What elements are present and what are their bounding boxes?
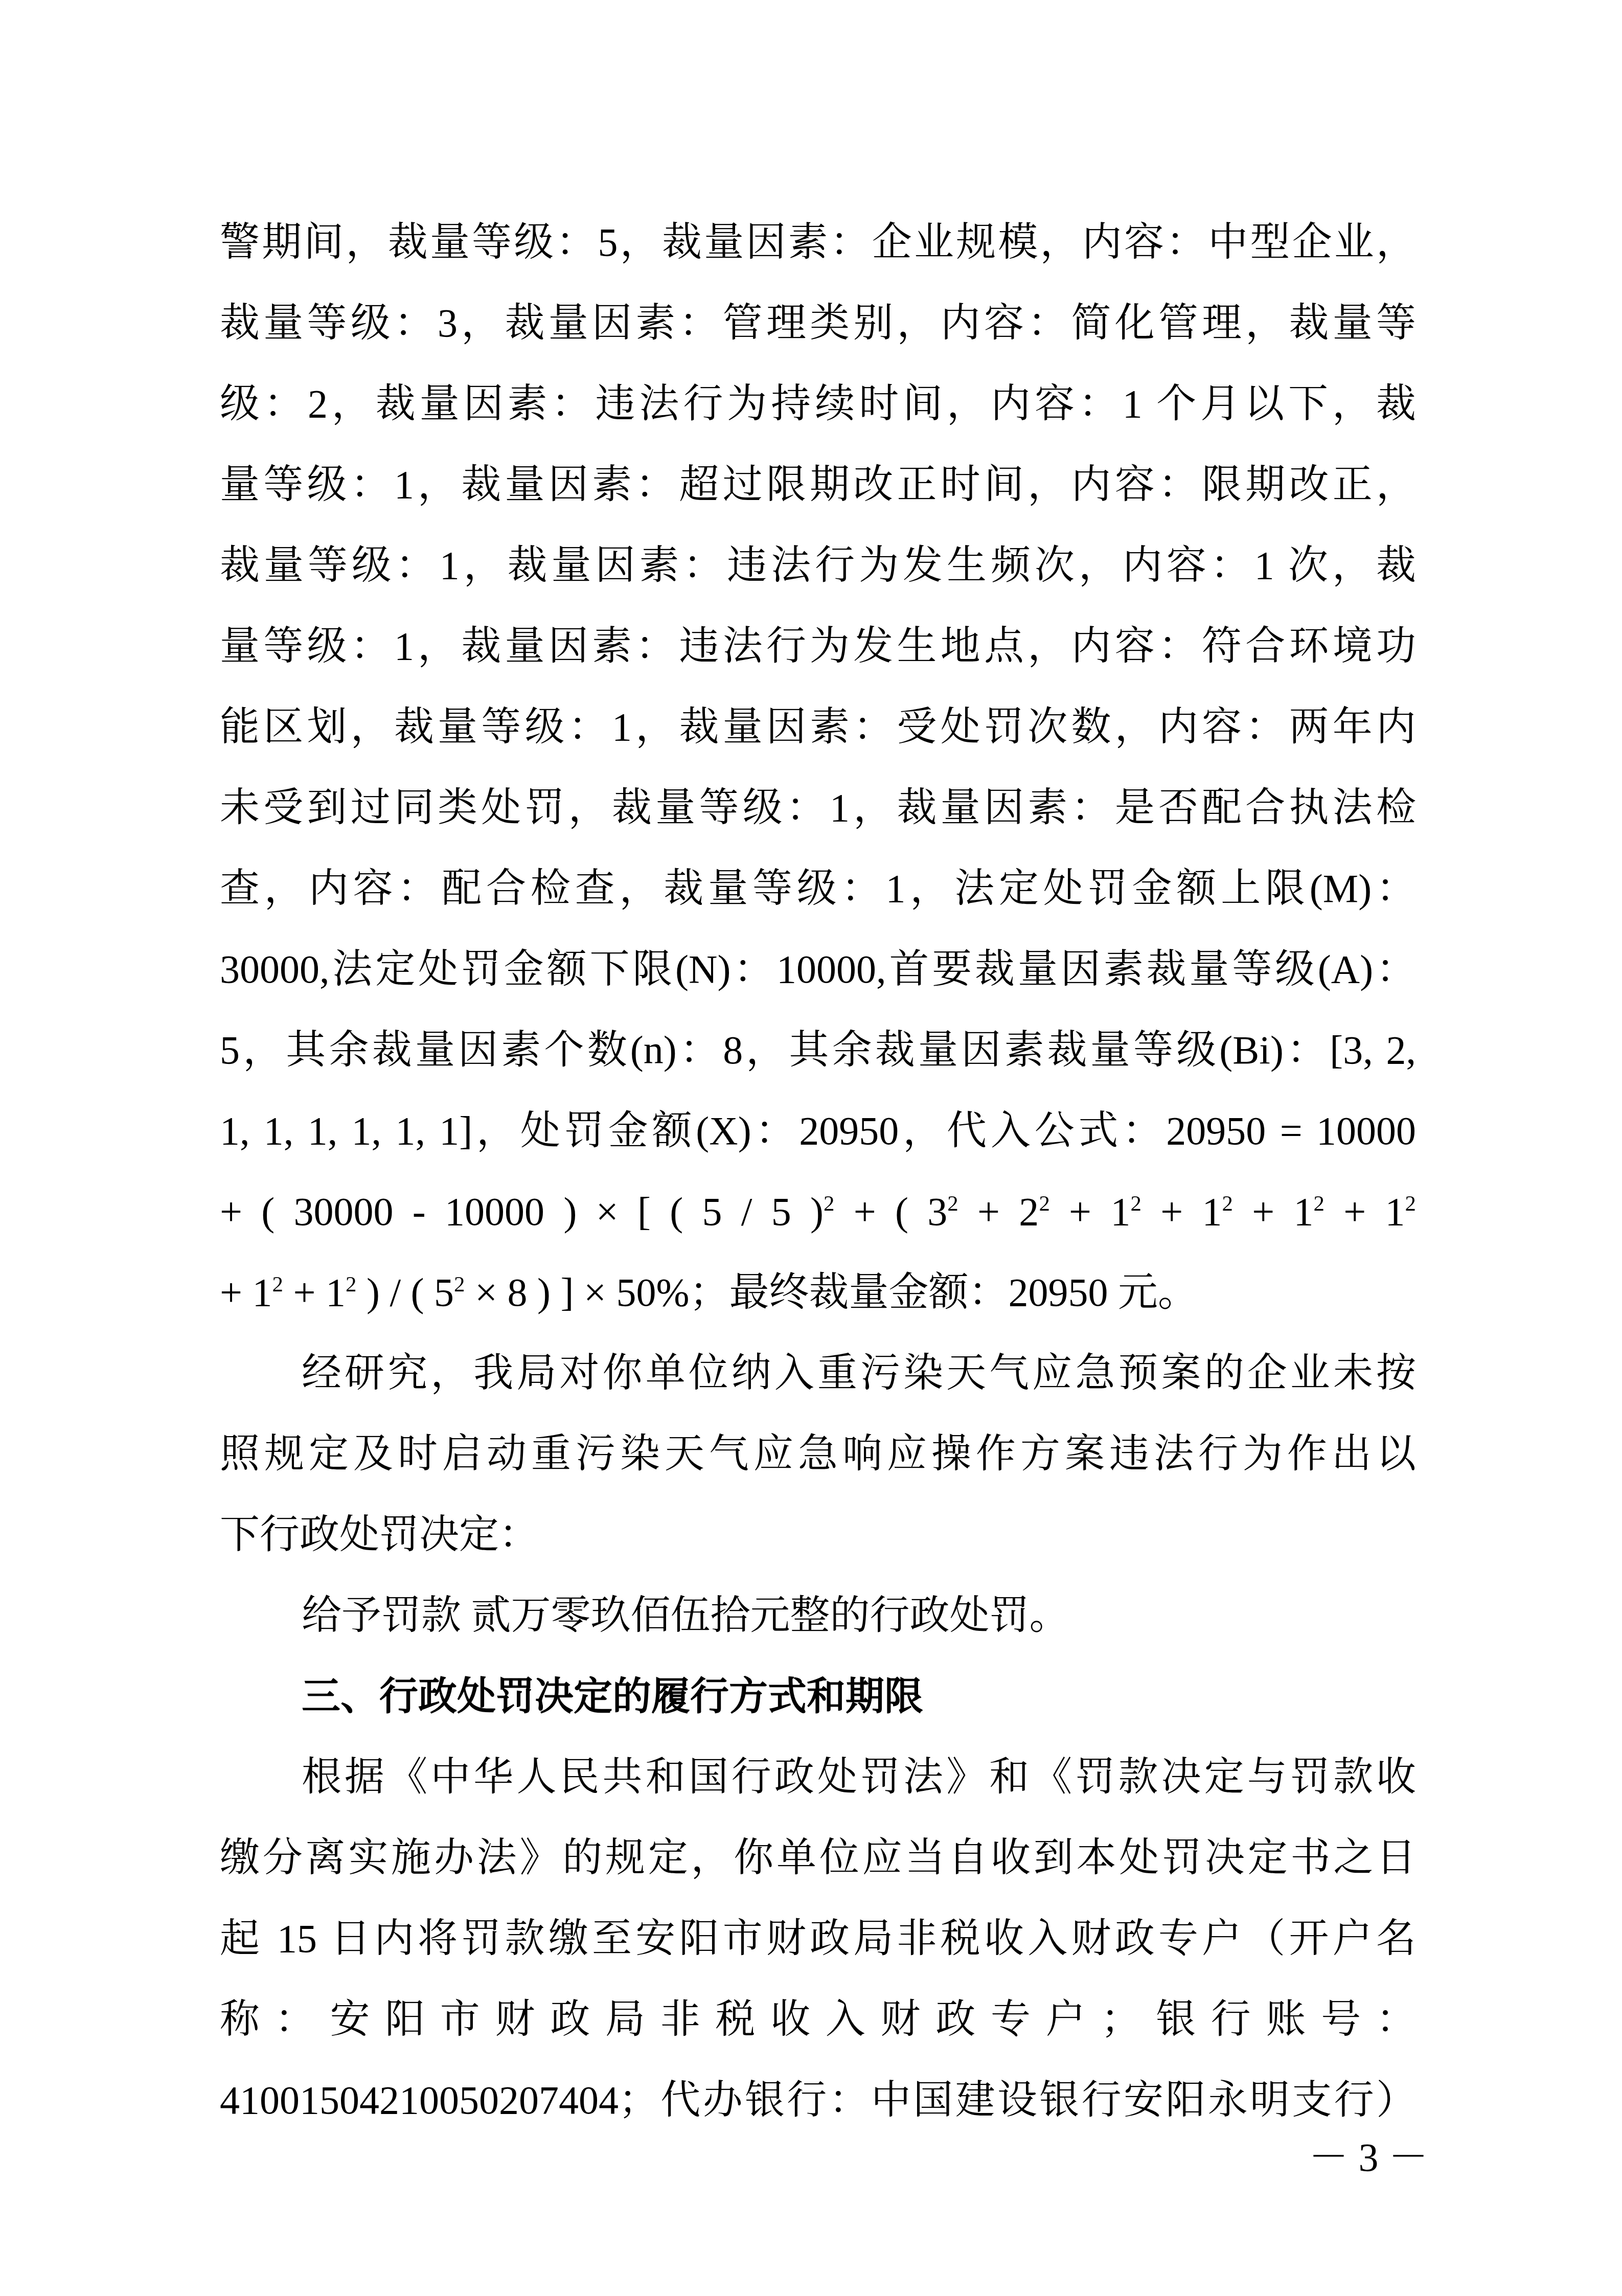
formula-text: + 1	[1324, 1189, 1405, 1234]
page-number: － 3 －	[1309, 2132, 1421, 2183]
superscript: 2	[824, 1192, 834, 1216]
superscript: 2	[272, 1272, 283, 1297]
superscript: 2	[346, 1272, 356, 1297]
superscript: 2	[947, 1192, 958, 1216]
formula-text: + ( 3	[834, 1189, 947, 1234]
text-line: 量等级：1，裁量因素：超过限期改正时间，内容：限期改正，	[220, 444, 1416, 525]
text-line: 1, 1, 1, 1, 1, 1]，处罚金额(X)：20950，代入公式：209…	[220, 1090, 1416, 1171]
formula-text: ) / ( 5	[356, 1270, 454, 1314]
superscript: 2	[454, 1272, 465, 1297]
paragraph-research-line: 下行政处罚决定：	[220, 1494, 1416, 1575]
formula-text: + 1	[1233, 1189, 1314, 1234]
superscript: 2	[1130, 1192, 1141, 1216]
section-heading: 三、行政处罚决定的履行方式和期限	[220, 1656, 1416, 1737]
formula-text: × 8 ) ] × 50%；最终裁量金额：20950 元。	[465, 1270, 1197, 1314]
superscript: 2	[1039, 1192, 1049, 1216]
paragraph-research-line: 经研究，我局对你单位纳入重污染天气应急预案的企业未按	[220, 1333, 1416, 1414]
formula-text: + 1	[220, 1270, 272, 1314]
paragraph-payment-line: 41001504210050207404；代办银行：中国建设银行安阳永明支行）	[220, 2060, 1416, 2141]
superscript: 2	[1222, 1192, 1232, 1216]
formula-text: + ( 30000 - 10000 ) × [ ( 5 / 5 )	[220, 1189, 824, 1234]
text-line: 未受到过同类处罚，裁量等级：1，裁量因素：是否配合执法检	[220, 767, 1416, 848]
formula-text: + 1	[1050, 1189, 1131, 1234]
formula-line: + 12 + 12 ) / ( 52 × 8 ) ] × 50%；最终裁量金额：…	[220, 1252, 1416, 1333]
paragraph-payment-line: 缴分离实施办法》的规定，你单位应当自收到本处罚决定书之日	[220, 1817, 1416, 1898]
paragraph-research-line: 照规定及时启动重污染天气应急响应操作方案违法行为作出以	[220, 1414, 1416, 1494]
text-line: 裁量等级：1，裁量因素：违法行为发生频次，内容：1 次，裁	[220, 525, 1416, 606]
text-line: 能区划，裁量等级：1，裁量因素：受处罚次数，内容：两年内	[220, 687, 1416, 767]
text-line: 量等级：1，裁量因素：违法行为发生地点，内容：符合环境功	[220, 606, 1416, 687]
superscript: 2	[1405, 1192, 1416, 1216]
penalty-decision-line: 给予罚款 贰万零玖佰伍拾元整的行政处罚。	[220, 1575, 1416, 1656]
text-line: 30000,法定处罚金额下限(N)：10000,首要裁量因素裁量等级(A)：	[220, 929, 1416, 1010]
text-line: 5，其余裁量因素个数(n)：8，其余裁量因素裁量等级(Bi)：[3, 2,	[220, 1010, 1416, 1090]
text-line: 警期间，裁量等级：5，裁量因素：企业规模，内容：中型企业，	[220, 202, 1416, 283]
text-line: 级：2，裁量因素：违法行为持续时间，内容：1 个月以下，裁	[220, 363, 1416, 444]
text-line: 裁量等级：3，裁量因素：管理类别，内容：简化管理，裁量等	[220, 283, 1416, 363]
paragraph-payment-line: 根据《中华人民共和国行政处罚法》和《罚款决定与罚款收	[220, 1737, 1416, 1817]
formula-text: + 1	[1141, 1189, 1222, 1234]
document-body: 警期间，裁量等级：5，裁量因素：企业规模，内容：中型企业， 裁量等级：3，裁量因…	[220, 202, 1416, 2141]
document-page: 警期间，裁量等级：5，裁量因素：企业规模，内容：中型企业， 裁量等级：3，裁量因…	[0, 0, 1622, 2296]
paragraph-payment-line: 起 15 日内将罚款缴至安阳市财政局非税收入财政专户（开户名	[220, 1898, 1416, 1979]
text-line: 查，内容：配合检查，裁量等级：1，法定处罚金额上限(M)：	[220, 848, 1416, 929]
superscript: 2	[1313, 1192, 1324, 1216]
paragraph-payment-line: 称：安阳市财政局非税收入财政专户；银行账号：	[220, 1979, 1416, 2060]
formula-line: + ( 30000 - 10000 ) × [ ( 5 / 5 )2 + ( 3…	[220, 1171, 1416, 1252]
formula-text: + 1	[283, 1270, 346, 1314]
formula-text: + 2	[958, 1189, 1039, 1234]
